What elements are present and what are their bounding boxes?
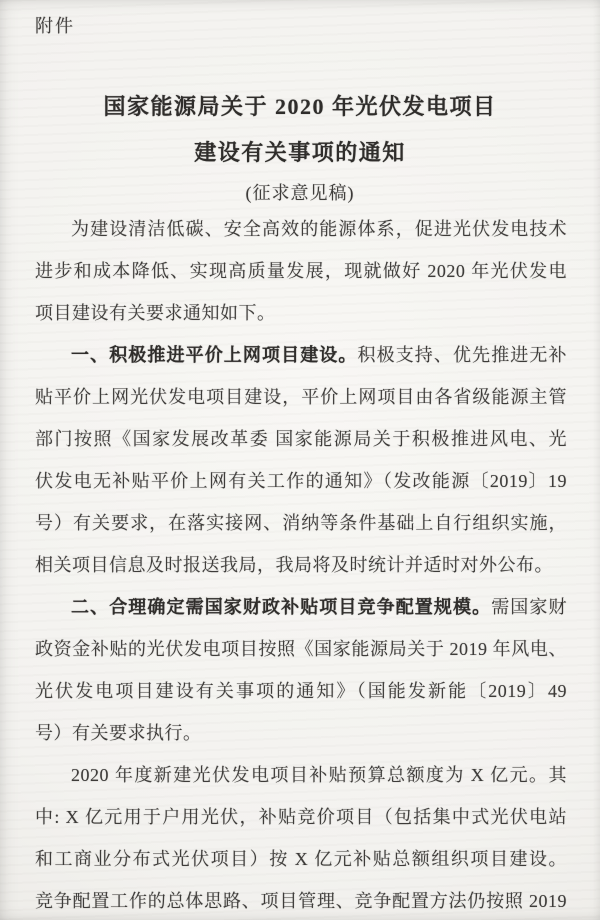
- document-text-line: 号）有关要求执行。: [35, 712, 567, 754]
- document-text-line: 贴平价上网光伏发电项目建设，平价上网项目由各省级能源主管: [35, 376, 567, 418]
- document-title: 国家能源局关于 2020 年光伏发电项目 建设有关事项的通知: [0, 84, 600, 176]
- body-text-segment: 贴平价上网光伏发电项目建设，平价上网项目由各省级能源主管: [35, 387, 567, 407]
- document-body: 为建设清洁低碳、安全高效的能源体系，促进光伏发电技术进步和成本降低、实现高质量发…: [35, 208, 567, 920]
- document-text-line: 竞争配置工作的总体思路、项目管理、竞争配置方法仍按照 2019: [35, 880, 567, 920]
- document-text-line: 二、合理确定需国家财政补贴项目竞争配置规模。需国家财: [35, 586, 567, 628]
- document-text-line: 伏发电无补贴平价上网有关工作的通知》（发改能源〔2019〕19: [35, 460, 567, 502]
- document-text-line: 项目建设有关要求通知如下。: [35, 292, 567, 334]
- body-text-segment: 需国家财: [491, 597, 567, 617]
- body-text-segment: 政资金补贴的光伏发电项目按照《国家能源局关于 2019 年风电、: [35, 639, 567, 659]
- body-text-segment: 号）有关要求执行。: [35, 723, 202, 743]
- document-title-line-2: 建设有关事项的通知: [0, 130, 600, 176]
- document-text-line: 政资金补贴的光伏发电项目按照《国家能源局关于 2019 年风电、: [35, 628, 567, 670]
- document-text-line: 为建设清洁低碳、安全高效的能源体系，促进光伏发电技术: [35, 208, 567, 250]
- document-text-line: 和工商业分布式光伏项目）按 X 亿元补贴总额组织项目建设。: [35, 838, 567, 880]
- body-text-segment: 和工商业分布式光伏项目）按 X 亿元补贴总额组织项目建设。: [35, 849, 567, 869]
- body-text-segment: 为建设清洁低碳、安全高效的能源体系，促进光伏发电技术: [71, 219, 567, 239]
- body-text-segment: 中: X 亿元用于户用光伏，补贴竞价项目（包括集中式光伏电站: [35, 807, 567, 827]
- document-title-line-1: 国家能源局关于 2020 年光伏发电项目: [0, 84, 600, 130]
- document-text-line: 相关项目信息及时报送我局，我局将及时统计并适时对外公布。: [35, 544, 567, 586]
- body-text-segment: 伏发电无补贴平价上网有关工作的通知》（发改能源〔2019〕19: [35, 471, 567, 491]
- document-text-line: 中: X 亿元用于户用光伏，补贴竞价项目（包括集中式光伏电站: [35, 796, 567, 838]
- document-text-line: 部门按照《国家发展改革委 国家能源局关于积极推进风电、光: [35, 418, 567, 460]
- document-text-line: 号）有关要求，在落实接网、消纳等条件基础上自行组织实施，: [35, 502, 567, 544]
- body-text-segment: 项目建设有关要求通知如下。: [35, 303, 276, 323]
- body-text-segment: 进步和成本降低、实现高质量发展，现就做好 2020 年光伏发电: [35, 261, 567, 281]
- section-heading-text: 一、积极推进平价上网项目建设。: [71, 345, 358, 365]
- document-text-line: 进步和成本降低、实现高质量发展，现就做好 2020 年光伏发电: [35, 250, 567, 292]
- body-text-segment: 部门按照《国家发展改革委 国家能源局关于积极推进风电、光: [35, 429, 567, 449]
- document-text-line: 光伏发电项目建设有关事项的通知》（国能发新能〔2019〕49: [35, 670, 567, 712]
- document-text-line: 2020 年度新建光伏发电项目补贴预算总额度为 X 亿元。其: [35, 754, 567, 796]
- body-text-segment: 号）有关要求，在落实接网、消纳等条件基础上自行组织实施，: [35, 513, 567, 533]
- body-text-segment: 2020 年度新建光伏发电项目补贴预算总额度为 X 亿元。其: [71, 765, 567, 785]
- body-text-segment: 光伏发电项目建设有关事项的通知》（国能发新能〔2019〕49: [35, 681, 567, 701]
- body-text-segment: 相关项目信息及时报送我局，我局将及时统计并适时对外公布。: [35, 555, 553, 575]
- scanned-document-page: 附件 国家能源局关于 2020 年光伏发电项目 建设有关事项的通知 (征求意见稿…: [0, 0, 600, 920]
- body-text-segment: 竞争配置工作的总体思路、项目管理、竞争配置方法仍按照 2019: [35, 891, 567, 911]
- document-text-line: 一、积极推进平价上网项目建设。积极支持、优先推进无补: [35, 334, 567, 376]
- body-text-segment: 积极支持、优先推进无补: [358, 345, 568, 365]
- section-heading-text: 二、合理确定需国家财政补贴项目竞争配置规模。: [71, 597, 491, 617]
- attachment-label: 附件: [35, 12, 75, 38]
- document-subtitle: (征求意见稿): [0, 180, 600, 206]
